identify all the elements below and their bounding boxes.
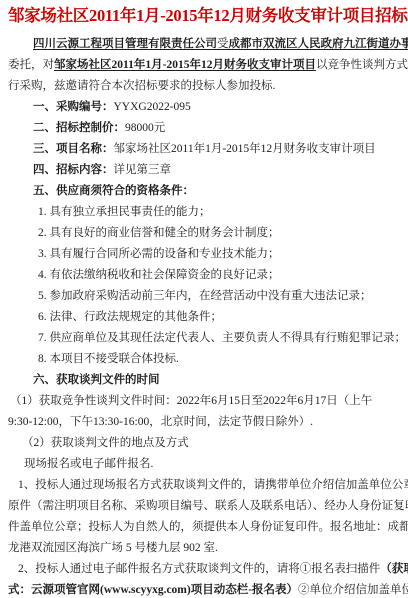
item-tender-content: 四、招标内容：详见第三章 — [33, 160, 400, 181]
intro-text: 委托，对 — [8, 59, 54, 71]
obtain-place-heading: （2）获取谈判文件的地点及方式 — [22, 433, 400, 454]
item-project-name: 三、项目名称：邹家场社区2011年1月-2015年12月财务收支审计项目 — [33, 139, 400, 160]
item-value: YYXG2022-095 — [114, 101, 191, 113]
item-value: 详见第三章 — [114, 164, 172, 176]
intro-line-2: 委托，对邹家场社区2011年1月-2015年12月财务收支审计项目以竞争性谈判方… — [8, 55, 400, 76]
condition-4: 4. 有依法缴纳税收和社会保障资金的良好记录； — [38, 265, 400, 286]
document-body: 四川云源工程项目管理有限责任公司受成都市双流区人民政府九江街道办事处 委托，对邹… — [8, 34, 400, 598]
condition-3: 3. 具有履行合同所必需的设备和专业技术能力； — [38, 244, 400, 265]
onsite-line-2: 原件（需注明项目名称、采购项目编号、联系人及联系电话）、经办人身份证复印 — [8, 496, 400, 517]
qualification-heading: 五、供应商须符合的资格条件： — [33, 181, 400, 202]
document-title: 邹家场社区2011年1月-2015年12月财务收支审计项目招标公告 — [8, 3, 400, 29]
obtain-method: 现场报名或电子邮件报名. — [24, 454, 400, 475]
intro-text: 以竞争性谈判方式进 — [316, 59, 408, 71]
obtain-heading: 六、获取谈判文件的时间 — [33, 370, 400, 391]
item-value: 98000元 — [125, 122, 165, 134]
item-label: 一、采购编号： — [33, 101, 114, 113]
email-line-1: 2、投标人通过电子邮件报名方式获取谈判文件的，请将①报名表扫描件（获取方 — [18, 559, 400, 580]
project-name: 邹家场社区2011年1月-2015年12月财务收支审计项目 — [54, 59, 316, 71]
condition-7: 7. 供应商单位及其现任法定代表人、主要负责人不得具有行贿犯罪记录； — [38, 328, 400, 349]
intro-line-3: 行采购，兹邀请符合本次招标要求的投标人参加投标. — [8, 76, 400, 97]
condition-1: 1. 具有独立承担民事责任的能力； — [38, 202, 400, 223]
item-procurement-number: 一、采购编号：YYXG2022-095 — [33, 97, 400, 118]
email-line-2: 式：云源项管官网(www.scyyxg.com)项目动态栏-报名表）②单位介绍信… — [8, 580, 400, 598]
onsite-line-4: 龙港双流园区海滨广场 5 号楼九层 902 室. — [8, 538, 400, 559]
agency-name: 四川云源工程项目管理有限责任公司 — [33, 38, 217, 50]
item-value: 邹家场社区2011年1月-2015年12月财务收支审计项目 — [114, 143, 376, 155]
item-label: 二、招标控制价： — [33, 122, 125, 134]
tender-announcement-document: 邹家场社区2011年1月-2015年12月财务收支审计项目招标公告 四川云源工程… — [0, 0, 408, 598]
obtain-time-line-2: 9:30-12:00，下午13:30-16:00，北京时间，法定节假日除外）. — [8, 412, 400, 433]
condition-5: 5. 参加政府采购活动前三年内，在经营活动中没有重大违法记录； — [38, 286, 400, 307]
obtain-time-line-1: （1）获取竞争性谈判文件时间：2022年6月15日至2022年6月17日（上午 — [10, 391, 400, 412]
item-control-price: 二、招标控制价：98000元 — [33, 118, 400, 139]
item-label: 四、招标内容： — [33, 164, 114, 176]
email-text: 2、投标人通过电子邮件报名方式获取谈判文件的，请将①报名表扫描件 — [18, 563, 380, 575]
condition-6: 6. 法律、行政法规规定的其他条件； — [38, 307, 400, 328]
entrust-word: 受 — [217, 38, 229, 50]
intro-line-1: 四川云源工程项目管理有限责任公司受成都市双流区人民政府九江街道办事处 — [33, 34, 400, 55]
onsite-line-3: 件盖单位公章；投标人为自然人的，须提供本人身份证复印件。报名地址：成都蛟 — [8, 517, 400, 538]
email-bold-text: 式：云源项管官网(www.scyyxg.com)项目动态栏-报名表） — [8, 584, 298, 596]
condition-8: 8. 本项目不接受联合体投标. — [38, 349, 400, 370]
email-text: ②单位介绍信加盖单位公 — [298, 584, 408, 596]
condition-2: 2. 具有良好的商业信誉和健全的财务会计制度； — [38, 223, 400, 244]
email-bold-text: （获取方 — [380, 563, 408, 575]
onsite-line-1: 1、投标人通过现场报名方式获取谈判文件的，请携带单位介绍信加盖单位公章的 — [18, 475, 400, 496]
client-name: 成都市双流区人民政府九江街道办事处 — [229, 38, 408, 50]
item-label: 三、项目名称： — [33, 143, 114, 155]
